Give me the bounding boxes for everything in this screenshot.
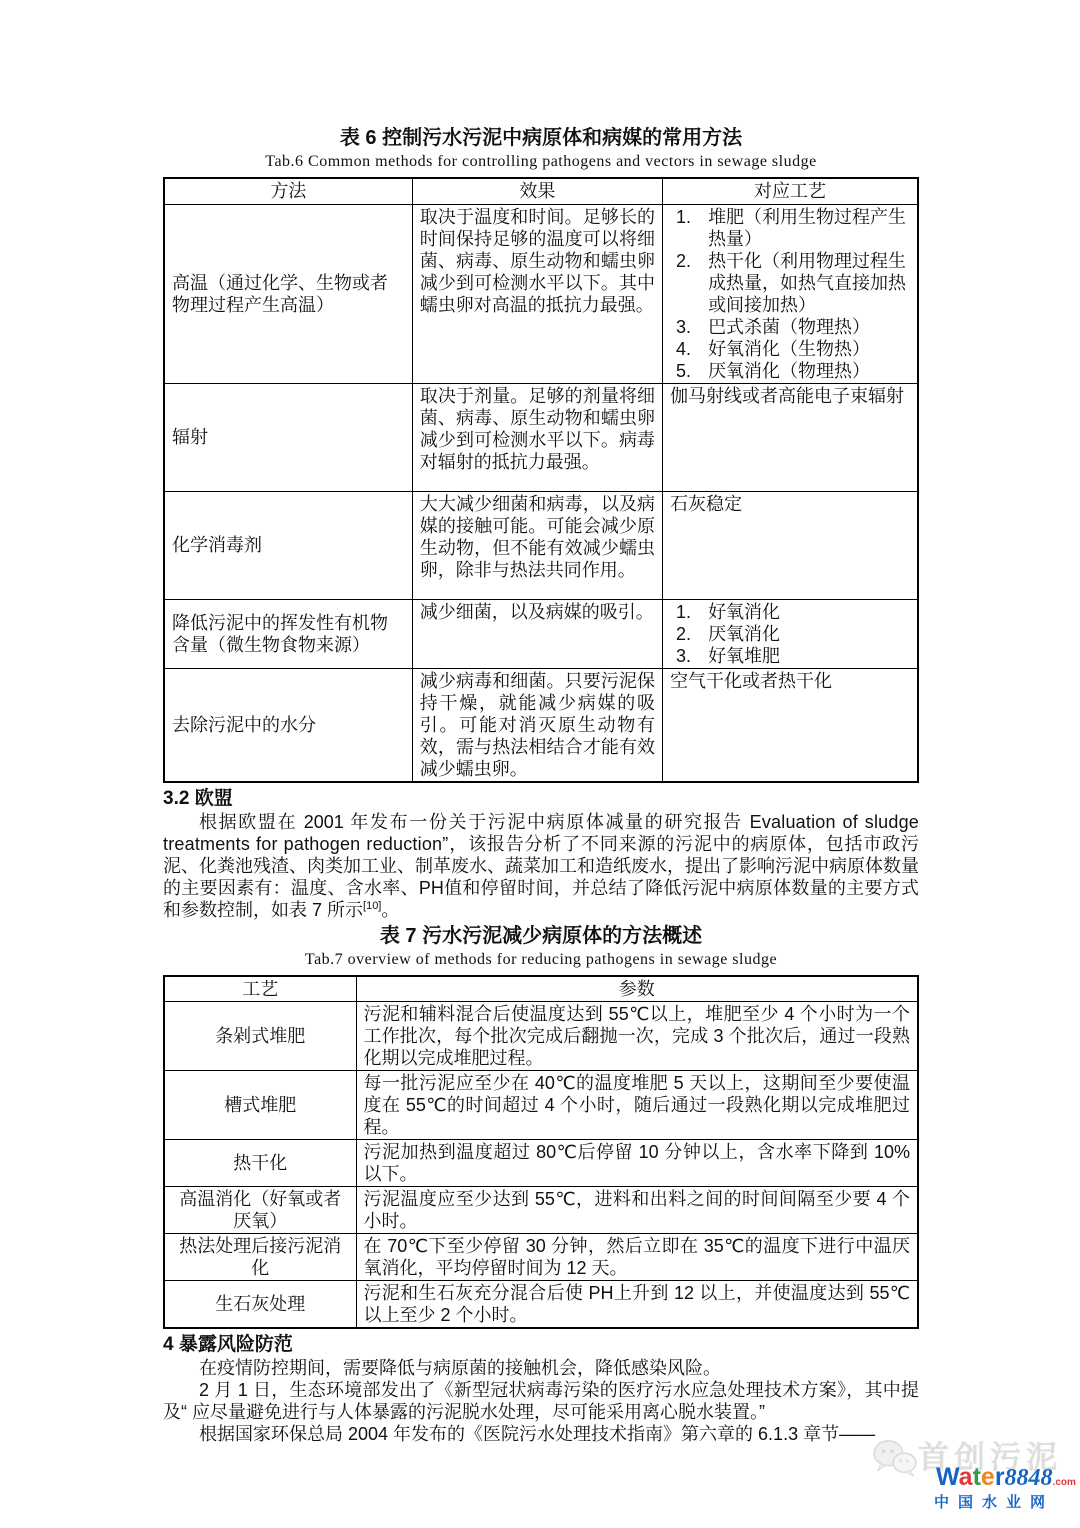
cell-params: 每一批污泥应至少在 40℃的温度堆肥 5 天以上，这期间至少要使温度在 55℃的… [356, 1071, 918, 1140]
table-row: 高温消化（好氧或者厌氧） 污泥温度应至少达到 55℃，进料和出料之间的时间间隔至… [164, 1187, 918, 1234]
logo-letter: W [936, 1463, 959, 1491]
logo-number: 8848 [1005, 1465, 1053, 1491]
process-list: 堆肥（利用生物过程产生热量） 热干化（利用物理过程生成热量，如热气直接加热或间接… [670, 206, 910, 382]
cell-params: 污泥温度应至少达到 55℃，进料和出料之间的时间间隔至少要 4 个小时。 [356, 1187, 918, 1234]
watermark: 首创污泥 Water8848.com 中国水业网 [850, 1412, 1080, 1522]
risk-paragraph-1: 在疫情防控期间，需要降低与病原菌的接触机会，降低感染风险。 [163, 1357, 919, 1379]
cell-effect: 减少细菌，以及病媒的吸引。 [412, 599, 662, 668]
table7-header-row: 工艺 参数 [164, 976, 918, 1002]
cell-params: 污泥和辅料混合后使温度达到 55℃以上，堆肥至少 4 个小时为一个工作批次，每个… [356, 1002, 918, 1071]
cell-process: 条剁式堆肥 [164, 1002, 356, 1071]
cell-method: 去除污泥中的水分 [164, 668, 412, 782]
table6-header-method: 方法 [164, 178, 412, 204]
cell-process: 石灰稳定 [663, 491, 918, 599]
risk-paragraph-2: 2 月 1 日，生态环境部发出了《新型冠状病毒污染的医疗污水应急处理技术方案》，… [163, 1379, 919, 1423]
cell-process: 热法处理后接污泥消化 [164, 1234, 356, 1281]
cell-method: 高温（通过化学、生物或者物理过程产生高温） [164, 204, 412, 383]
cell-process: 生石灰处理 [164, 1281, 356, 1329]
cell-process: 空气干化或者热干化 [663, 668, 918, 782]
table-row: 降低污泥中的挥发性有机物含量（微生物食物来源） 减少细菌，以及病媒的吸引。 好氧… [164, 599, 918, 668]
table6-header-row: 方法 效果 对应工艺 [164, 178, 918, 204]
cell-process: 高温消化（好氧或者厌氧） [164, 1187, 356, 1234]
table6-subtitle-en: Tab.6 Common methods for controlling pat… [163, 152, 919, 172]
watermark-site-name: 中国水业网 [934, 1492, 1054, 1514]
cell-method: 降低污泥中的挥发性有机物含量（微生物食物来源） [164, 599, 412, 668]
table-row: 化学消毒剂 大大减少细菌和病毒，以及病媒的接触可能。可能会减少原生动物，但不能有… [164, 491, 918, 599]
logo-letter: a [959, 1463, 973, 1491]
table7-header-params: 参数 [356, 976, 918, 1002]
cell-process: 伽马射线或者高能电子束辐射 [663, 383, 918, 491]
wechat-icon [872, 1438, 918, 1478]
list-item: 好氧消化（生物热） [696, 338, 910, 360]
table6-title: 表 6 控制污水污泥中病原体和病媒的常用方法 [163, 126, 919, 150]
section-heading-risk: 4 暴露风险防范 [163, 1333, 919, 1357]
eu-paragraph-text: 根据欧盟在 2001 年发布一份关于污泥中病原体减量的研究报告 [199, 812, 743, 832]
table-row: 槽式堆肥 每一批污泥应至少在 40℃的温度堆肥 5 天以上，这期间至少要使温度在… [164, 1071, 918, 1140]
list-item: 堆肥（利用生物过程产生热量） [696, 206, 910, 250]
logo-letter: e [981, 1463, 995, 1491]
table7-subtitle-en: Tab.7 overview of methods for reducing p… [163, 950, 919, 970]
document-page: 表 6 控制污水污泥中病原体和病媒的常用方法 Tab.6 Common meth… [0, 0, 1080, 1528]
table6-header-effect: 效果 [412, 178, 662, 204]
list-item: 厌氧消化（物理热） [696, 360, 910, 382]
cell-params: 污泥和生石灰充分混合后使 PH上升到 12 以上，并使温度达到 55℃以上至少 … [356, 1281, 918, 1329]
eu-paragraph: 根据欧盟在 2001 年发布一份关于污泥中病原体减量的研究报告 Evaluati… [163, 811, 919, 921]
cell-params: 在 70℃下至少停留 30 分钟，然后立即在 35℃的温度下进行中温厌氧消化，平… [356, 1234, 918, 1281]
list-item: 好氧消化 [696, 601, 910, 623]
list-item: 巴式杀菌（物理热） [696, 316, 910, 338]
table7-title: 表 7 污水污泥减少病原体的方法概述 [163, 924, 919, 948]
table-row: 高温（通过化学、生物或者物理过程产生高温） 取决于温度和时间。足够长的时间保持足… [164, 204, 918, 383]
table6-header-process: 对应工艺 [663, 178, 918, 204]
risk-paragraph-3: 根据国家环保总局 2004 年发布的《医院污水处理技术指南》第六章的 6.1.3… [163, 1423, 919, 1445]
cell-effect: 取决于剂量。足够的剂量将细菌、病毒、原生动物和蠕虫卵减少到可检测水平以下。病毒对… [412, 383, 662, 491]
cell-process: 好氧消化 厌氧消化 好氧堆肥 [663, 599, 918, 668]
table-row: 热干化 污泥加热到温度超过 80℃后停留 10 分钟以上，含水率下降到 10%以… [164, 1140, 918, 1187]
logo-letter: t [973, 1463, 981, 1491]
cell-method: 辐射 [164, 383, 412, 491]
eu-paragraph-end: 。 [381, 900, 399, 920]
table-row: 去除污泥中的水分 减少病毒和细菌。只要污泥保持干燥，就能减少病媒的吸引。可能对消… [164, 668, 918, 782]
page-content: 表 6 控制污水污泥中病原体和病媒的常用方法 Tab.6 Common meth… [163, 0, 919, 1445]
table-row: 条剁式堆肥 污泥和辅料混合后使温度达到 55℃以上，堆肥至少 4 个小时为一个工… [164, 1002, 918, 1071]
table7-header-process: 工艺 [164, 976, 356, 1002]
cell-process: 热干化 [164, 1140, 356, 1187]
table-row: 生石灰处理 污泥和生石灰充分混合后使 PH上升到 12 以上，并使温度达到 55… [164, 1281, 918, 1329]
table6: 方法 效果 对应工艺 高温（通过化学、生物或者物理过程产生高温） 取决于温度和时… [163, 177, 919, 783]
logo-dotcom: .com [1053, 1477, 1076, 1488]
list-item: 好氧堆肥 [696, 645, 910, 667]
logo-letter: r [995, 1463, 1005, 1491]
list-item: 热干化（利用物理过程生成热量，如热气直接加热或间接加热） [696, 250, 910, 316]
process-list: 好氧消化 厌氧消化 好氧堆肥 [670, 601, 910, 667]
citation-ref: [10] [363, 900, 381, 912]
table7: 工艺 参数 条剁式堆肥 污泥和辅料混合后使温度达到 55℃以上，堆肥至少 4 个… [163, 975, 919, 1330]
cell-effect: 大大减少细菌和病毒，以及病媒的接触可能。可能会减少原生动物，但不能有效减少蠕虫卵… [412, 491, 662, 599]
list-item: 厌氧消化 [696, 623, 910, 645]
cell-params: 污泥加热到温度超过 80℃后停留 10 分钟以上，含水率下降到 10%以下。 [356, 1140, 918, 1187]
section-heading-eu: 3.2 欧盟 [163, 787, 919, 811]
cell-effect: 减少病毒和细菌。只要污泥保持干燥，就能减少病媒的吸引。可能对消灭原生动物有效，需… [412, 668, 662, 782]
table-row: 热法处理后接污泥消化 在 70℃下至少停留 30 分钟，然后立即在 35℃的温度… [164, 1234, 918, 1281]
cell-method: 化学消毒剂 [164, 491, 412, 599]
cell-process: 槽式堆肥 [164, 1071, 356, 1140]
cell-effect: 取决于温度和时间。足够长的时间保持足够的温度可以将细菌、病毒、原生动物和蠕虫卵减… [412, 204, 662, 383]
cell-process: 堆肥（利用生物过程产生热量） 热干化（利用物理过程生成热量，如热气直接加热或间接… [663, 204, 918, 383]
table-row: 辐射 取决于剂量。足够的剂量将细菌、病毒、原生动物和蠕虫卵减少到可检测水平以下。… [164, 383, 918, 491]
